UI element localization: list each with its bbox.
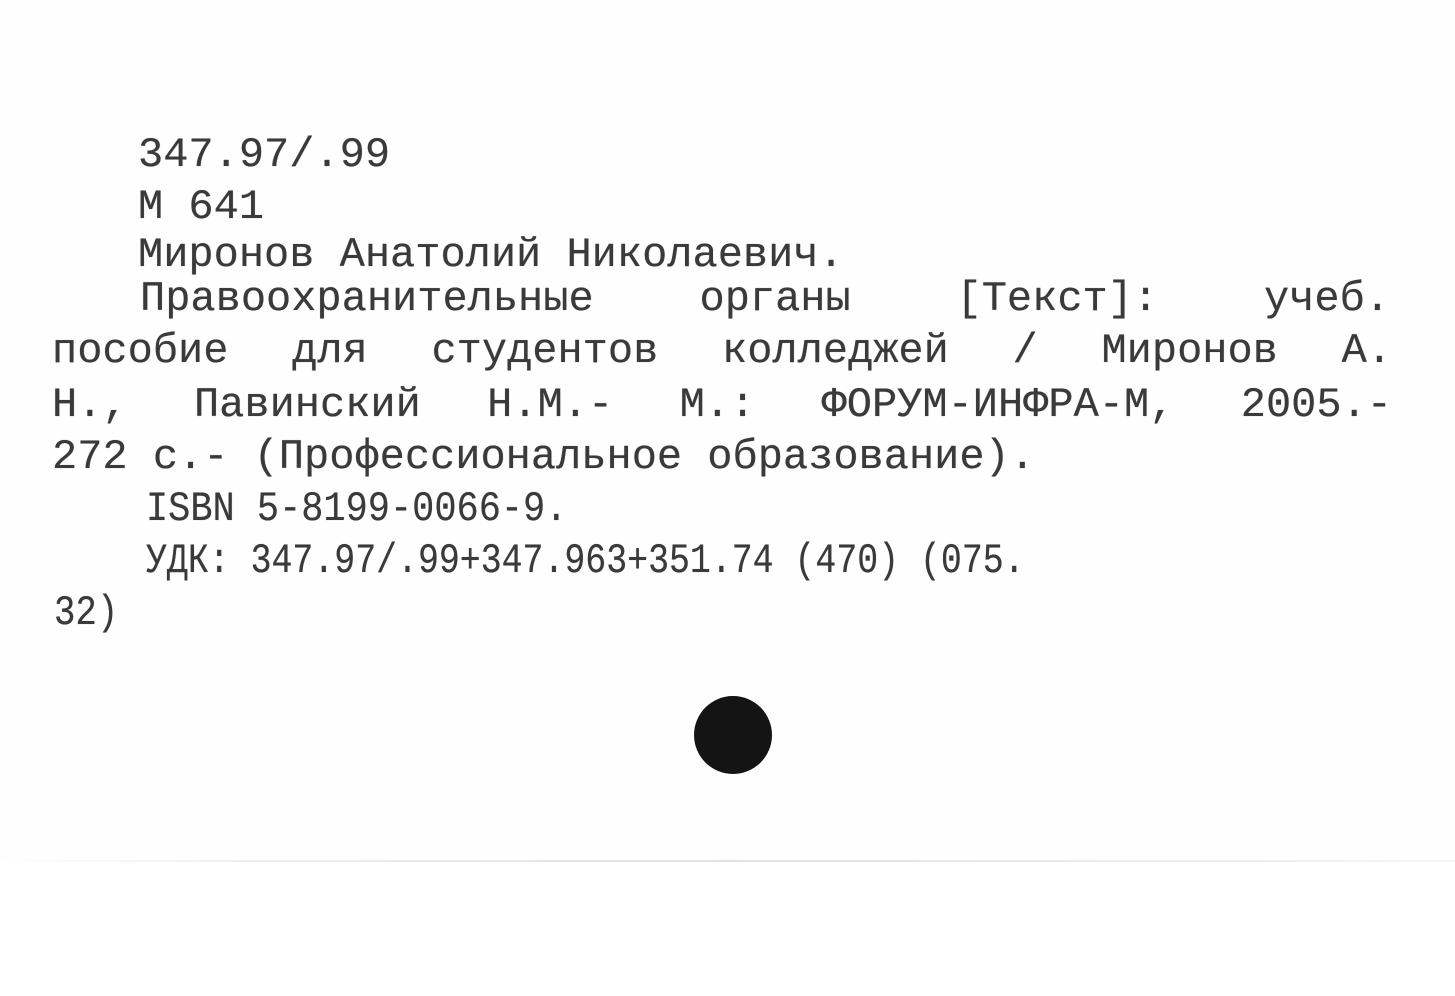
isbn: ISBN 5-8199-0066-9. xyxy=(146,488,567,530)
card-bottom-edge xyxy=(0,860,1455,862)
catalog-card: 347.97/.99 М 641 Миронов Анатолий Никола… xyxy=(0,0,1455,862)
punch-hole xyxy=(694,696,772,774)
udc-line-2: 32) xyxy=(54,592,118,634)
title-line-1: Правоохранительные органы [Текст]: учеб. xyxy=(140,278,1390,320)
title-line-3: Н., Павинский Н.М.- М.: ФОРУМ-ИНФРА-М, 2… xyxy=(52,384,1392,426)
author-mark: М 641 xyxy=(138,186,264,228)
title-line-2: пособие для студентов колледжей / Мироно… xyxy=(52,330,1392,372)
title-line-4: 272 с.- (Профессиональное образование). xyxy=(52,436,1035,478)
udc-line-1: УДК: 347.97/.99+347.963+351.74 (470) (07… xyxy=(146,540,1025,582)
classification-code: 347.97/.99 xyxy=(138,134,390,176)
author-heading: Миронов Анатолий Николаевич. xyxy=(138,234,844,276)
